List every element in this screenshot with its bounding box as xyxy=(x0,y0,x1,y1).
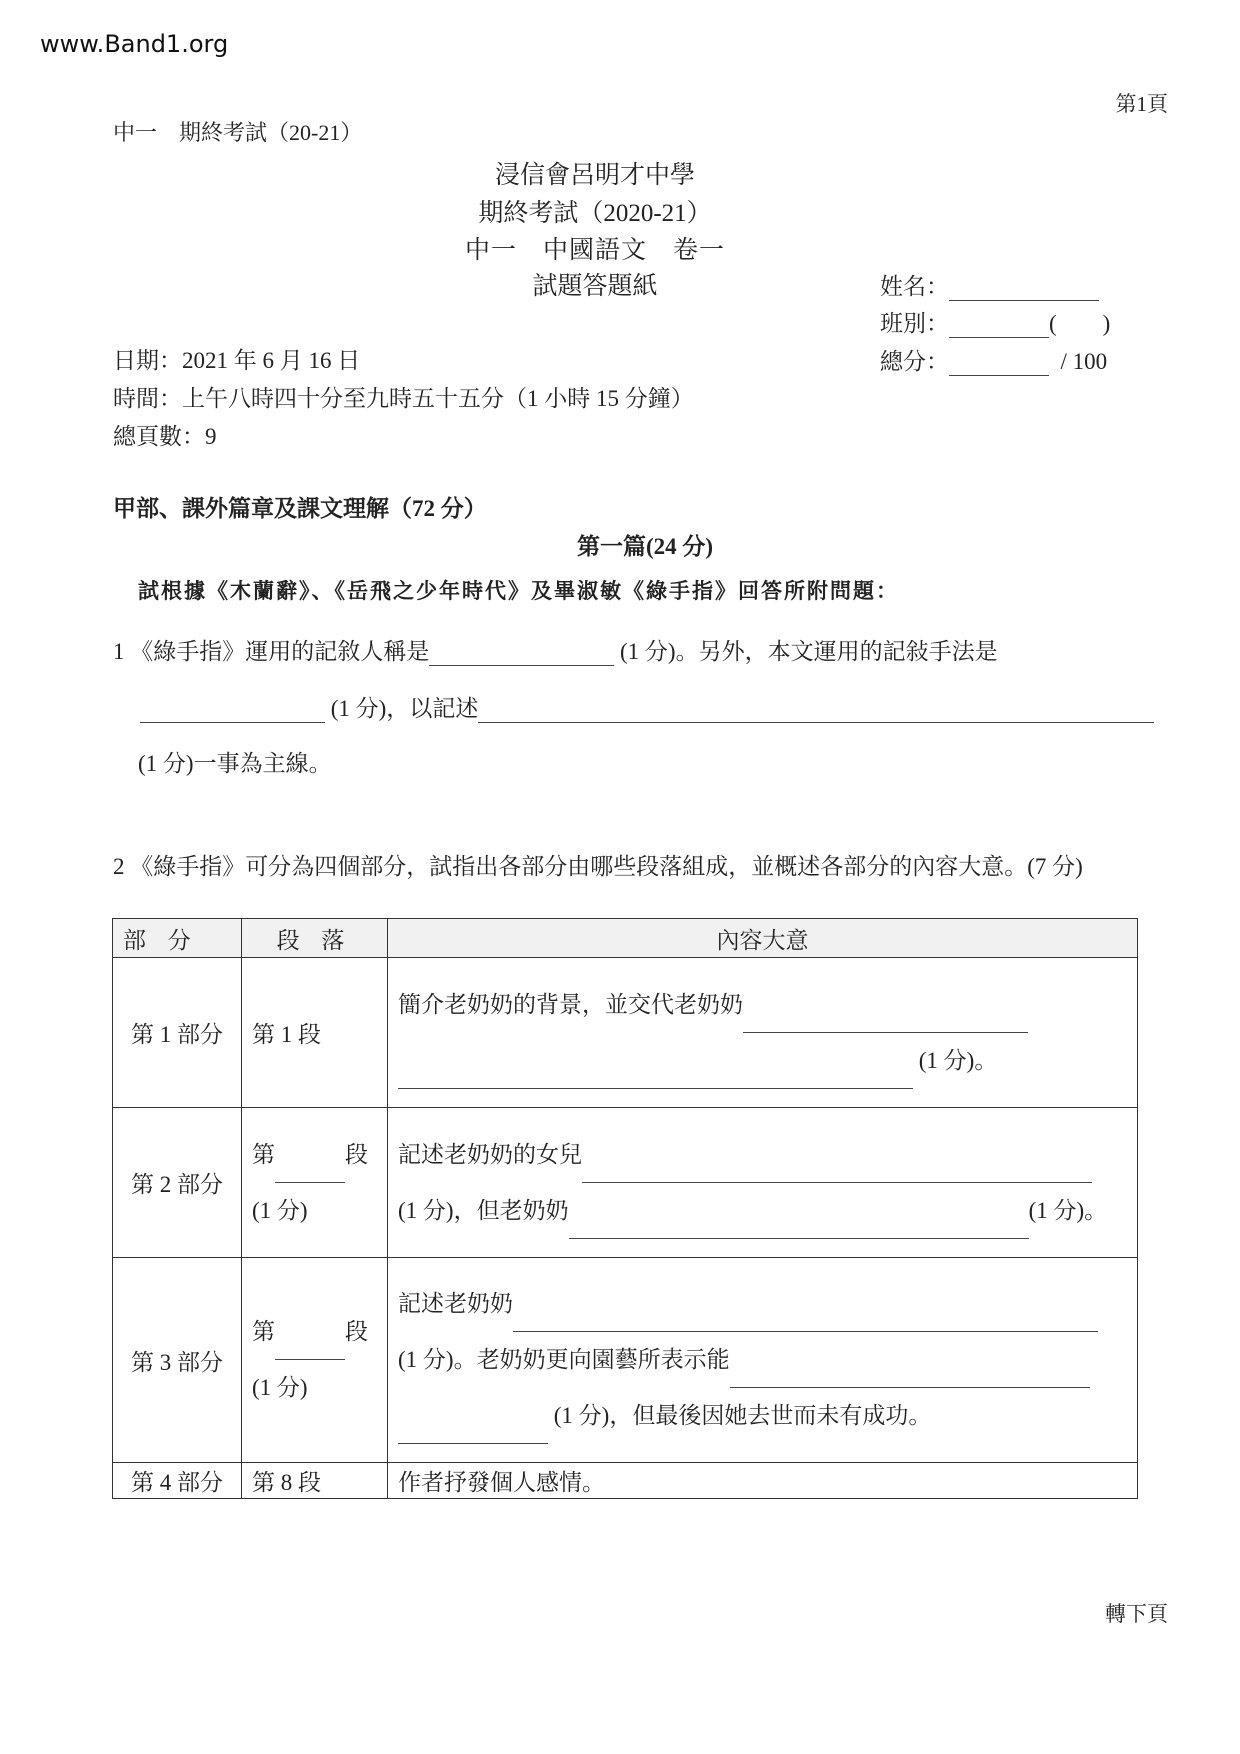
name-label: 姓名： xyxy=(880,274,949,299)
site-watermark: www.Band1.org xyxy=(40,30,228,58)
row-2-para-pre: 第 xyxy=(252,1142,275,1167)
row-3-paragraph: 第段 (1 分) xyxy=(242,1258,388,1463)
q1-text-a: 1 《綠手指》運用的記敘人稱是 xyxy=(113,639,429,664)
parts-table: 部 分 段 落 內容大意 第 1 部分 第 1 段 簡介老奶奶的背景，並交代老奶… xyxy=(112,918,1138,1499)
score-field: 總分： / 100 xyxy=(880,343,1107,376)
row-1-text-1: 簡介老奶奶的背景，並交代老奶奶 xyxy=(398,992,743,1017)
question-1-line-3: (1 分)一事為主線。 xyxy=(138,745,332,778)
row-2-text-2: (1 分)，但老奶奶 xyxy=(398,1198,569,1223)
school-name: 浸信會呂明才中學 xyxy=(0,155,1190,191)
table-row: 第 1 部分 第 1 段 簡介老奶奶的背景，並交代老奶奶 (1 分)。 xyxy=(113,958,1138,1108)
row-2-para-marks: (1 分) xyxy=(252,1183,377,1239)
class-input-blank[interactable] xyxy=(949,315,1049,338)
row-2-content: 記述老奶奶的女兒 (1 分)，但老奶奶(1 分)。 xyxy=(388,1108,1138,1258)
row-3-part: 第 3 部分 xyxy=(113,1258,242,1463)
table-row: 第 3 部分 第段 (1 分) 記述老奶奶 (1 分)。老奶奶更向園藝所表示能 … xyxy=(113,1258,1138,1463)
row-3-para-marks: (1 分) xyxy=(252,1360,377,1416)
question-1-line-1: 1 《綠手指》運用的記敘人稱是 (1 分)。另外，本文運用的記敍手法是 xyxy=(113,633,998,666)
subject-title: 中一 中國語文 卷一 xyxy=(0,230,1190,266)
row-2-blank-1[interactable] xyxy=(582,1160,1092,1183)
next-page-note: 轉下頁 xyxy=(1105,1598,1168,1628)
row-4-part: 第 4 部分 xyxy=(113,1463,242,1499)
row-2-paragraph-blank[interactable] xyxy=(275,1160,345,1183)
class-label: 班別： xyxy=(880,311,949,336)
row-1-blank-1[interactable] xyxy=(743,1010,1028,1033)
row-2-text-3: (1 分)。 xyxy=(1029,1198,1108,1223)
name-field: 姓名： xyxy=(880,268,1099,301)
row-3-blank-3[interactable] xyxy=(398,1421,548,1444)
row-2-part: 第 2 部分 xyxy=(113,1108,242,1258)
row-3-blank-1[interactable] xyxy=(513,1309,1098,1332)
score-total: / 100 xyxy=(1061,349,1108,374)
row-2-para-post: 段 xyxy=(345,1142,368,1167)
row-3-para-post: 段 xyxy=(345,1319,368,1344)
score-label: 總分： xyxy=(880,349,949,374)
row-3-blank-2[interactable] xyxy=(730,1365,1090,1388)
exam-title: 期終考試（2020-21） xyxy=(0,193,1190,229)
row-3-text-3: (1 分)，但最後因她去世而未有成功。 xyxy=(554,1403,932,1428)
row-3-content: 記述老奶奶 (1 分)。老奶奶更向園藝所表示能 (1 分)，但最後因她去世而未有… xyxy=(388,1258,1138,1463)
question-1-line-2: (1 分)，以記述 xyxy=(140,690,1154,723)
header-paragraph: 段 落 xyxy=(242,919,388,958)
row-1-paragraph: 第 1 段 xyxy=(242,958,388,1108)
row-1-blank-2[interactable] xyxy=(398,1066,913,1089)
row-1-part: 第 1 部分 xyxy=(113,958,242,1108)
table-row: 第 4 部分 第 8 段 作者抒發個人感情。 xyxy=(113,1463,1138,1499)
q1-blank-narrative-person[interactable] xyxy=(429,643,614,666)
instruction: 試根據《木蘭辭》、《岳飛之少年時代》及畢淑敏《綠手指》回答所附問題： xyxy=(138,575,899,605)
row-2-text-1: 記述老奶奶的女兒 xyxy=(398,1142,582,1167)
table-row: 第 2 部分 第段 (1 分) 記述老奶奶的女兒 (1 分)，但老奶奶(1 分)… xyxy=(113,1108,1138,1258)
class-field: 班別：( ) xyxy=(880,305,1110,338)
q1-blank-main-event[interactable] xyxy=(478,700,1154,723)
class-number-bracket: ( ) xyxy=(1049,311,1110,336)
total-pages: 總頁數：9 xyxy=(113,418,217,451)
passage-title: 第一篇(24 分) xyxy=(0,528,1240,561)
row-3-para-pre: 第 xyxy=(252,1319,275,1344)
q1-text-c: (1 分)，以記述 xyxy=(331,696,479,721)
exam-short-title: 中一 期終考試（20-21） xyxy=(113,116,362,147)
exam-date: 日期：2021 年 6 月 16 日 xyxy=(113,342,360,375)
page-number: 第1頁 xyxy=(1116,88,1169,118)
row-4-paragraph: 第 8 段 xyxy=(242,1463,388,1499)
q1-text-b: (1 分)。另外，本文運用的記敍手法是 xyxy=(620,639,998,664)
question-2: 2 《綠手指》可分為四個部分，試指出各部分由哪些段落組成，並概述各部分的內容大意… xyxy=(113,848,1083,881)
row-3-text-2: (1 分)。老奶奶更向園藝所表示能 xyxy=(398,1347,730,1372)
row-1-text-2: (1 分)。 xyxy=(919,1048,998,1073)
name-input-blank[interactable] xyxy=(949,278,1099,301)
row-1-content: 簡介老奶奶的背景，並交代老奶奶 (1 分)。 xyxy=(388,958,1138,1108)
score-input-blank[interactable] xyxy=(949,353,1049,376)
row-2-blank-2[interactable] xyxy=(569,1216,1029,1239)
exam-time: 時間：上午八時四十分至九時五十五分（1 小時 15 分鐘） xyxy=(113,380,694,413)
header-part: 部 分 xyxy=(113,919,242,958)
table-header-row: 部 分 段 落 內容大意 xyxy=(113,919,1138,958)
row-3-paragraph-blank[interactable] xyxy=(275,1337,345,1360)
row-2-paragraph: 第段 (1 分) xyxy=(242,1108,388,1258)
section-title: 甲部、課外篇章及課文理解（72 分） xyxy=(113,490,487,523)
header-content: 內容大意 xyxy=(388,919,1138,958)
row-4-content: 作者抒發個人感情。 xyxy=(388,1463,1138,1499)
row-3-text-1: 記述老奶奶 xyxy=(398,1291,513,1316)
q1-blank-narrative-method[interactable] xyxy=(140,700,325,723)
